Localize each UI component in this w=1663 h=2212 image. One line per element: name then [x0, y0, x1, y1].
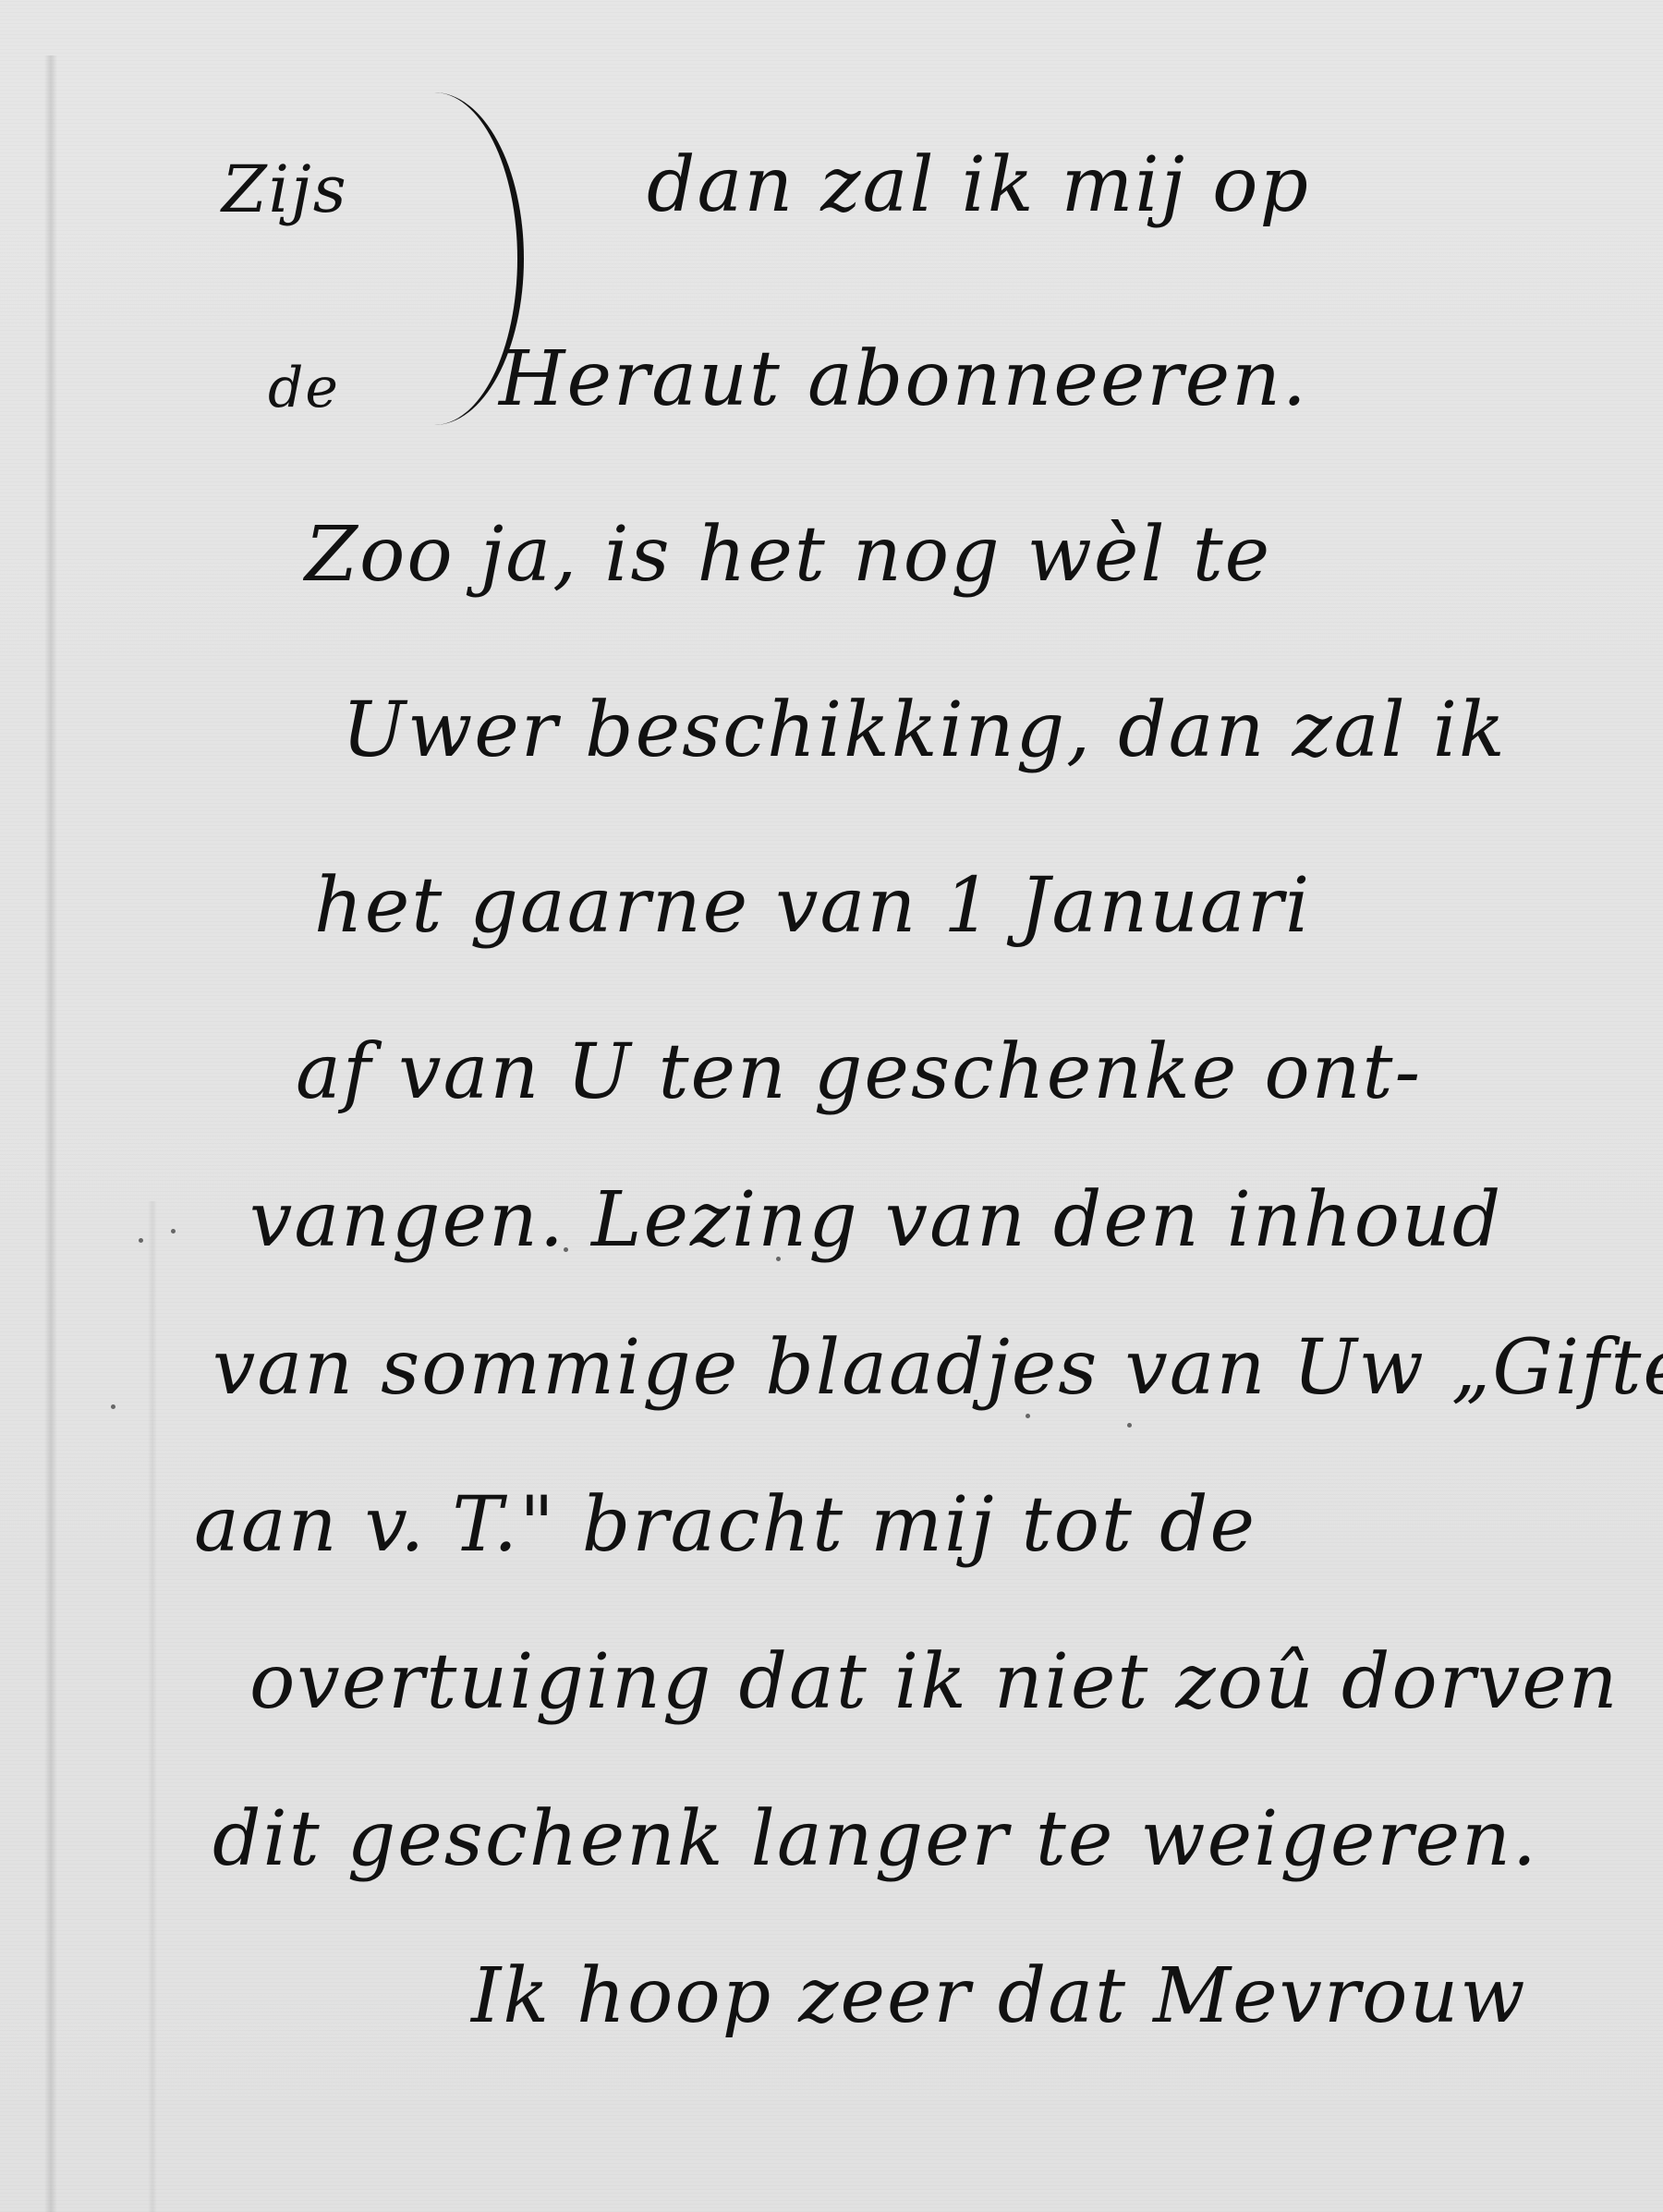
letter-line-10: overtuiging dat ik niet zoû dorven: [249, 1645, 1620, 1720]
letter-line-6: af van U ten geschenke ont-: [296, 1035, 1422, 1111]
ink-speck: [111, 1404, 115, 1409]
ink-speck: [139, 1238, 143, 1243]
letter-line-4: Uwer beschikking, dan zal ik: [342, 693, 1507, 769]
ink-speck: [1127, 1423, 1132, 1428]
margin-note-zijs: Zijs: [222, 157, 348, 222]
show-through-text: [721, 240, 737, 303]
letter-line-12: Ik hoop zeer dat Mevrouw: [471, 1959, 1527, 2035]
ink-speck: [171, 1229, 176, 1234]
ink-speck: [564, 1247, 568, 1252]
margin-fold-line-faint: [148, 1201, 157, 2212]
letter-line-8: van sommige blaadjes van Uw „Gifte: [212, 1331, 1663, 1406]
margin-fold-line: [44, 55, 57, 2212]
margin-note-de: de: [268, 360, 340, 416]
ink-speck: [1026, 1414, 1030, 1418]
letter-line-11: dit geschenk langer te weigeren.: [212, 1802, 1538, 1878]
letter-line-3: Zoo ja, is het nog wèl te: [305, 517, 1271, 593]
letter-line-2: Heraut abonneeren.: [499, 342, 1308, 418]
letter-line-7: vangen. Lezing van den inhoud: [249, 1183, 1502, 1258]
letter-line-1: dan zal ik mij op: [647, 148, 1310, 224]
ink-speck: [776, 1257, 781, 1261]
letter-line-5: het gaarne van 1 Januari: [314, 869, 1311, 944]
letter-line-9: aan v. T." bracht mij tot de: [194, 1488, 1256, 1563]
